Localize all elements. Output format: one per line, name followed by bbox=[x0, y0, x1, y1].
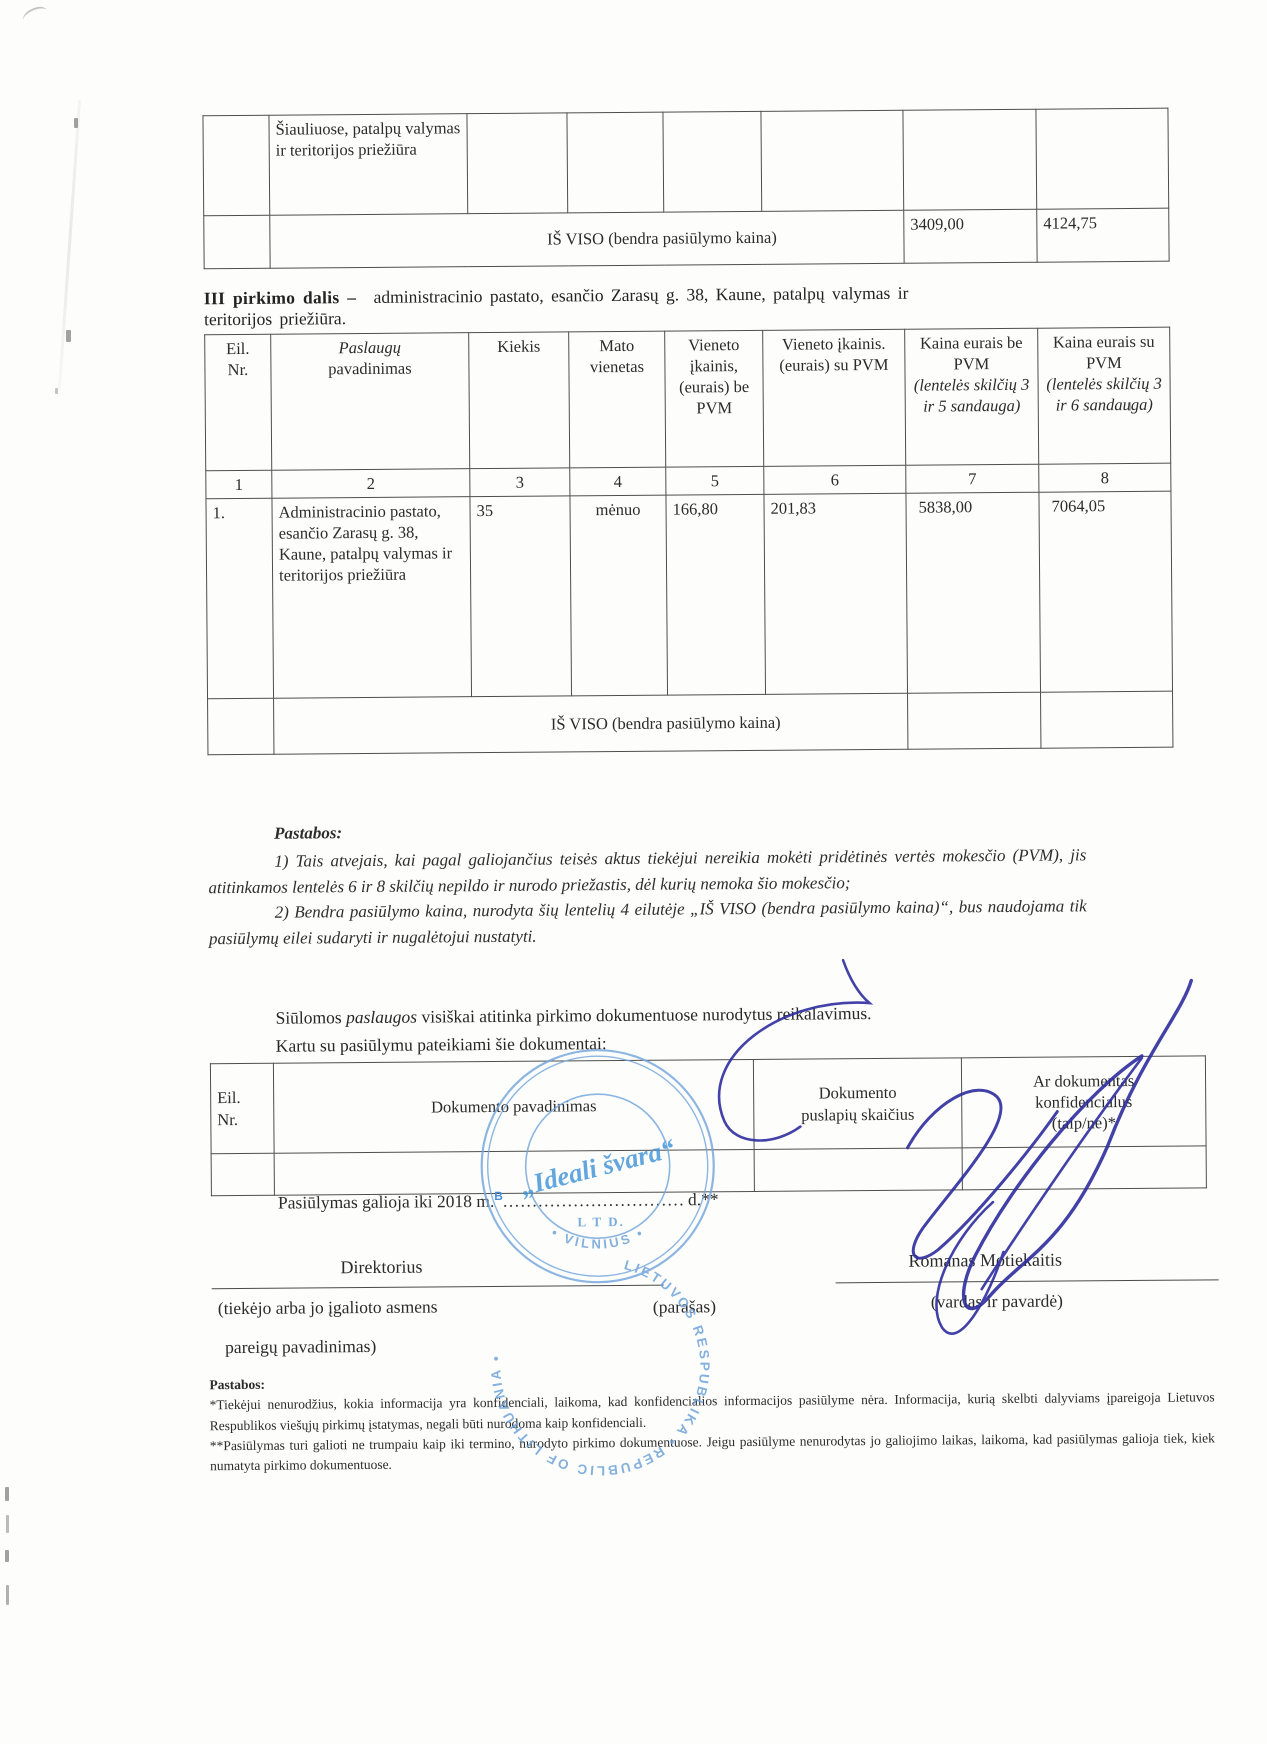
cell-vieneto-su-pvm: 201,83 bbox=[764, 493, 908, 694]
total-label-cell: IŠ VISO (bendra pasiūlymo kaina) bbox=[274, 693, 908, 754]
col-kaina-be-pvm-sub: (lentelės skilčių 3 ir 5 sandauga) bbox=[914, 375, 1030, 416]
handwritten-signature bbox=[601, 935, 1225, 1410]
document-sheet: Šiauliuose, patalpų valymas ir teritorij… bbox=[0, 0, 1267, 1744]
col-kaina-be-pvm: Kaina eurais be PVM (lentelės skilčių 3 … bbox=[905, 328, 1039, 465]
section-heading: III pirkimo dalis – administracinio past… bbox=[204, 283, 909, 331]
total-row: IŠ VISO (bendra pasiūlymo kaina) bbox=[208, 691, 1173, 755]
col-number: 7 bbox=[906, 464, 1039, 493]
total-be-pvm: 3409,00 bbox=[904, 209, 1037, 263]
cell-kiekis: 35 bbox=[470, 496, 572, 697]
table-row: Šiauliuose, patalpų valymas ir teritorij… bbox=[203, 108, 1169, 216]
col-eil-nr: Eil. Nr. bbox=[210, 1063, 274, 1153]
pricing-table: Eil. Nr. Paslaugų pavadinimas Kiekis Mat… bbox=[204, 327, 1173, 756]
cell-vieneto-be-pvm: 166,80 bbox=[666, 494, 766, 695]
cell-empty bbox=[467, 113, 568, 214]
col-kaina-su-pvm-title: Kaina eurais su PVM bbox=[1053, 332, 1155, 373]
signer-position: Direktorius bbox=[340, 1257, 422, 1279]
total-label: IŠ VISO (bendra pasiūlymo kaina) bbox=[512, 227, 812, 250]
col-number: 2 bbox=[272, 469, 470, 499]
cell-empty bbox=[903, 109, 1037, 210]
col-number: 6 bbox=[764, 465, 906, 494]
notes-block: Pastabos: 1) Tais atvejais, kai pagal ga… bbox=[208, 814, 1087, 952]
cell-name: Administracinio pastato, esančio Zarasų … bbox=[272, 497, 472, 699]
cell-empty bbox=[208, 698, 274, 755]
footnote-2: **Pasiūlymas turi galioti ne trumpaiu ka… bbox=[210, 1428, 1215, 1476]
top-table-fragment: Šiauliuose, patalpų valymas ir teritorij… bbox=[202, 108, 1169, 270]
total-su-pvm: 4124,75 bbox=[1037, 208, 1169, 262]
statement-pre: Siūlomos bbox=[275, 1007, 346, 1028]
notes-title: Pastabos: bbox=[208, 814, 1086, 847]
col-kaina-su-pvm-sub: (lentelės skilčių 3 ir 6 sandauga) bbox=[1046, 374, 1162, 415]
col-number: 4 bbox=[570, 467, 666, 496]
col-number: 3 bbox=[470, 468, 570, 497]
col-paslaugu-italic: Paslaugų bbox=[339, 338, 401, 357]
statement-italic: paslaugos bbox=[346, 1007, 417, 1028]
total-label: IŠ VISO (bendra pasiūlymo kaina) bbox=[516, 712, 816, 735]
section-label: III pirkimo dalis – bbox=[204, 287, 356, 308]
col-paslaugu-rest: pavadinimas bbox=[328, 359, 412, 379]
cell-eil-nr bbox=[203, 115, 270, 216]
cell-empty bbox=[761, 110, 904, 211]
cell-service-name: Šiauliuose, patalpų valymas ir teritorij… bbox=[269, 114, 468, 216]
col-kaina-be-pvm-title: Kaina eurais be PVM bbox=[920, 333, 1023, 374]
col-vieneto-su-pvm: Vieneto įkainis. (eurais) su PVM bbox=[763, 329, 906, 466]
col-number: 8 bbox=[1039, 463, 1171, 492]
cell-empty bbox=[1036, 108, 1169, 209]
col-number: 5 bbox=[666, 466, 764, 495]
section-text-line2: teritorijos priežiūra. bbox=[204, 304, 909, 331]
notes-item-1: 1) Tais atvejais, kai pagal galiojančius… bbox=[208, 842, 1086, 901]
total-row: IŠ VISO (bendra pasiūlymo kaina) 3409,00… bbox=[204, 208, 1169, 269]
cell-empty bbox=[211, 1153, 274, 1195]
total-label-cell: IŠ VISO (bendra pasiūlymo kaina) bbox=[270, 210, 904, 268]
col-kaina-su-pvm: Kaina eurais su PVM (lentelės skilčių 3 … bbox=[1038, 327, 1171, 464]
cell-nr: 1. bbox=[206, 498, 274, 699]
header-row: Eil. Nr. Paslaugų pavadinimas Kiekis Mat… bbox=[205, 327, 1171, 471]
col-vieneto-be-pvm: Vieneto įkainis, (eurais) be PVM bbox=[665, 330, 764, 467]
col-eil-nr: Eil. Nr. bbox=[205, 334, 272, 471]
cell-kaina-be-pvm: 5838,00 bbox=[906, 492, 1041, 693]
cell-mato: mėnuo bbox=[570, 495, 668, 696]
cell-empty bbox=[1041, 691, 1173, 748]
col-kiekis: Kiekis bbox=[469, 332, 570, 469]
col-mato: Mato vienetas bbox=[569, 331, 666, 468]
signature-stroke-2 bbox=[980, 1058, 1144, 1289]
col-paslaugu: Paslaugų pavadinimas bbox=[271, 333, 470, 471]
col-number: 1 bbox=[206, 470, 272, 499]
position-note-1: (tiekėjo arba jo įgalioto asmens bbox=[218, 1296, 438, 1319]
cell-empty bbox=[908, 692, 1041, 749]
data-row: 1. Administracinio pastato, esančio Zara… bbox=[206, 491, 1173, 699]
signature-flourish bbox=[718, 960, 870, 1141]
signature-stroke-3 bbox=[907, 1090, 1058, 1259]
position-note-2: pareigų pavadinimas) bbox=[225, 1336, 376, 1358]
scanned-document-page: { "top_table": { "service_name": "Šiauli… bbox=[0, 0, 1267, 1744]
cell-empty bbox=[204, 215, 270, 269]
cell-kaina-su-pvm: 7064,05 bbox=[1039, 491, 1173, 692]
section-text-line1: administracinio pastato, esančio Zarasų … bbox=[373, 283, 908, 307]
cell-empty bbox=[567, 112, 664, 213]
cell-empty bbox=[663, 111, 762, 212]
